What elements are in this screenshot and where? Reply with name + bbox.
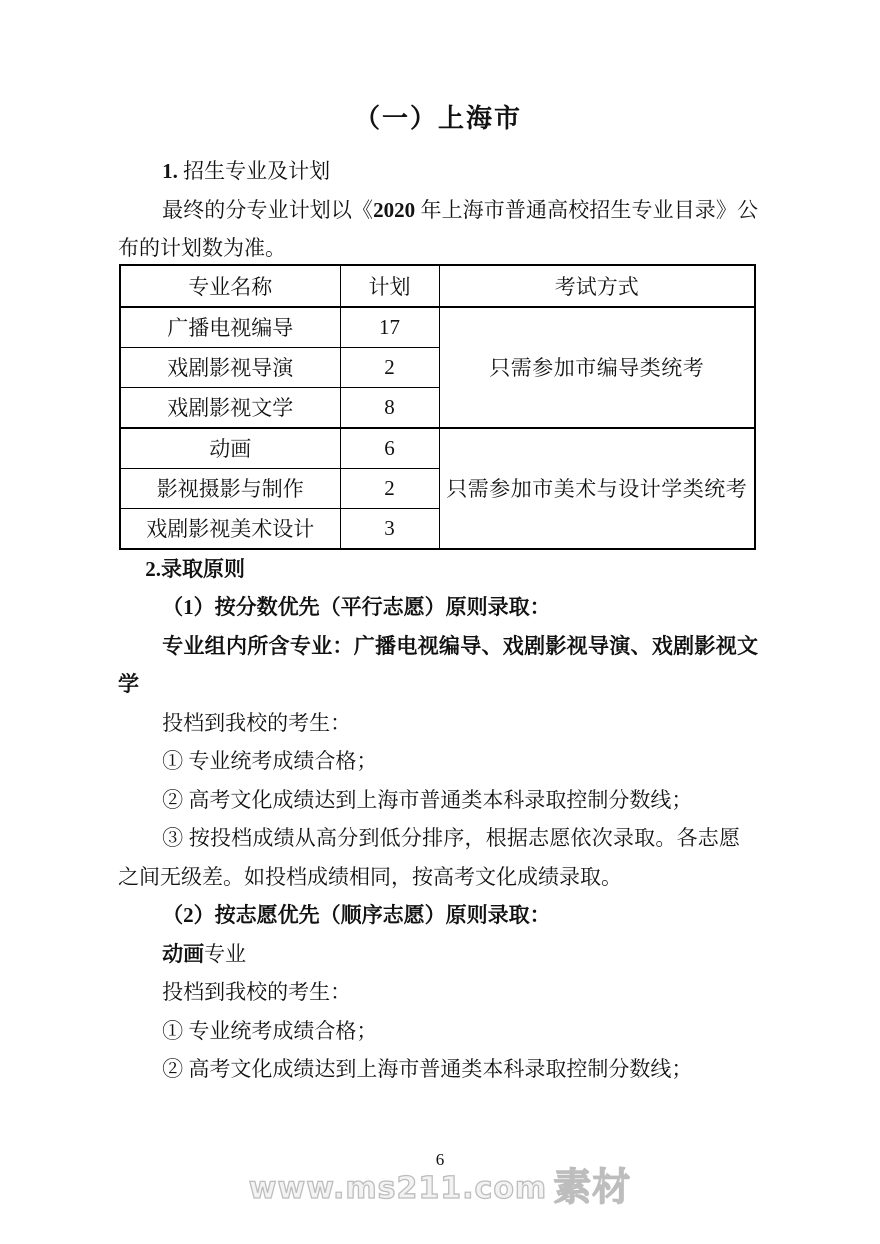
document-page: （一）上海市 1. 招生专业及计划 最终的分专业计划以《2020 年上海市普通高… <box>0 0 880 1244</box>
major-name-cell: 戏剧影视文学 <box>120 387 340 428</box>
plan-note-pre: 最终的分专业计划以《 <box>162 198 373 222</box>
exam-method-cell-group1: 只需参加市编导类统考 <box>439 307 755 428</box>
rule1-item-1: ① 专业统考成绩合格； <box>118 742 740 781</box>
section-label: 招生专业及计划 <box>178 159 330 183</box>
major-name-cell: 动画 <box>120 428 340 469</box>
rule1-title: （1）按分数优先（平行志愿）原则录取： <box>118 588 758 627</box>
page-title: （一）上海市 <box>118 102 758 136</box>
rule2-major-line: 动画专业 <box>118 935 758 974</box>
rule1-majors: 专业组内所含专业：广播电视编导、戏剧影视导演、戏剧影视文学 <box>118 627 758 704</box>
plan-note-year: 2020 <box>373 198 415 222</box>
watermark: www.ms211.com素材 <box>249 1163 631 1213</box>
table-row: 广播电视编导 17 只需参加市编导类统考 <box>120 307 755 348</box>
paragraph-plan-note: 最终的分专业计划以《2020 年上海市普通高校招生专业目录》公布的计划数为准。 <box>118 191 758 268</box>
table-header-row: 专业名称 计划 考试方式 <box>120 265 755 307</box>
rule1-intro: 投档到我校的考生： <box>118 704 758 743</box>
rule1-item-3: ③ 按投档成绩从高分到低分排序，根据志愿依次录取。各志愿之间无级差。如投档成绩相… <box>118 819 740 896</box>
quota-cell: 6 <box>340 428 439 469</box>
rule2-title: （2）按志愿优先（顺序志愿）原则录取： <box>118 896 758 935</box>
watermark-url: www.ms211.com <box>249 1171 547 1206</box>
section-heading-admission-principles: 2.录取原则 <box>118 550 758 589</box>
major-name-cell: 广播电视编导 <box>120 307 340 348</box>
rule1-item-2: ② 高考文化成绩达到上海市普通类本科录取控制分数线； <box>118 781 740 820</box>
quota-cell: 17 <box>340 307 439 348</box>
exam-method-cell-group2: 只需参加市美术与设计学类统考 <box>439 428 755 549</box>
document-content: （一）上海市 1. 招生专业及计划 最终的分专业计划以《2020 年上海市普通高… <box>118 102 758 1089</box>
quota-cell: 3 <box>340 508 439 549</box>
rule2-intro: 投档到我校的考生： <box>118 973 758 1012</box>
major-name-cell: 戏剧影视导演 <box>120 347 340 387</box>
column-header-exam-method: 考试方式 <box>439 265 755 307</box>
watermark-suffix: 素材 <box>553 1165 631 1209</box>
rule2-item-2: ② 高考文化成绩达到上海市普通类本科录取控制分数线； <box>118 1050 740 1089</box>
section-heading-enrollment-plan: 1. 招生专业及计划 <box>118 152 758 191</box>
rule2-item-1: ① 专业统考成绩合格； <box>118 1012 740 1051</box>
table-row: 动画 6 只需参加市美术与设计学类统考 <box>120 428 755 469</box>
rule2-major-suffix: 专业 <box>204 942 246 966</box>
column-header-quota: 计划 <box>340 265 439 307</box>
admission-plan-table: 专业名称 计划 考试方式 广播电视编导 17 只需参加市编导类统考 戏剧影视导演… <box>119 264 756 550</box>
major-name-cell: 戏剧影视美术设计 <box>120 508 340 549</box>
quota-cell: 2 <box>340 468 439 508</box>
section-number: 1. <box>162 159 178 183</box>
quota-cell: 8 <box>340 387 439 428</box>
rule2-major-name: 动画 <box>162 942 204 966</box>
quota-cell: 2 <box>340 347 439 387</box>
column-header-major: 专业名称 <box>120 265 340 307</box>
major-name-cell: 影视摄影与制作 <box>120 468 340 508</box>
